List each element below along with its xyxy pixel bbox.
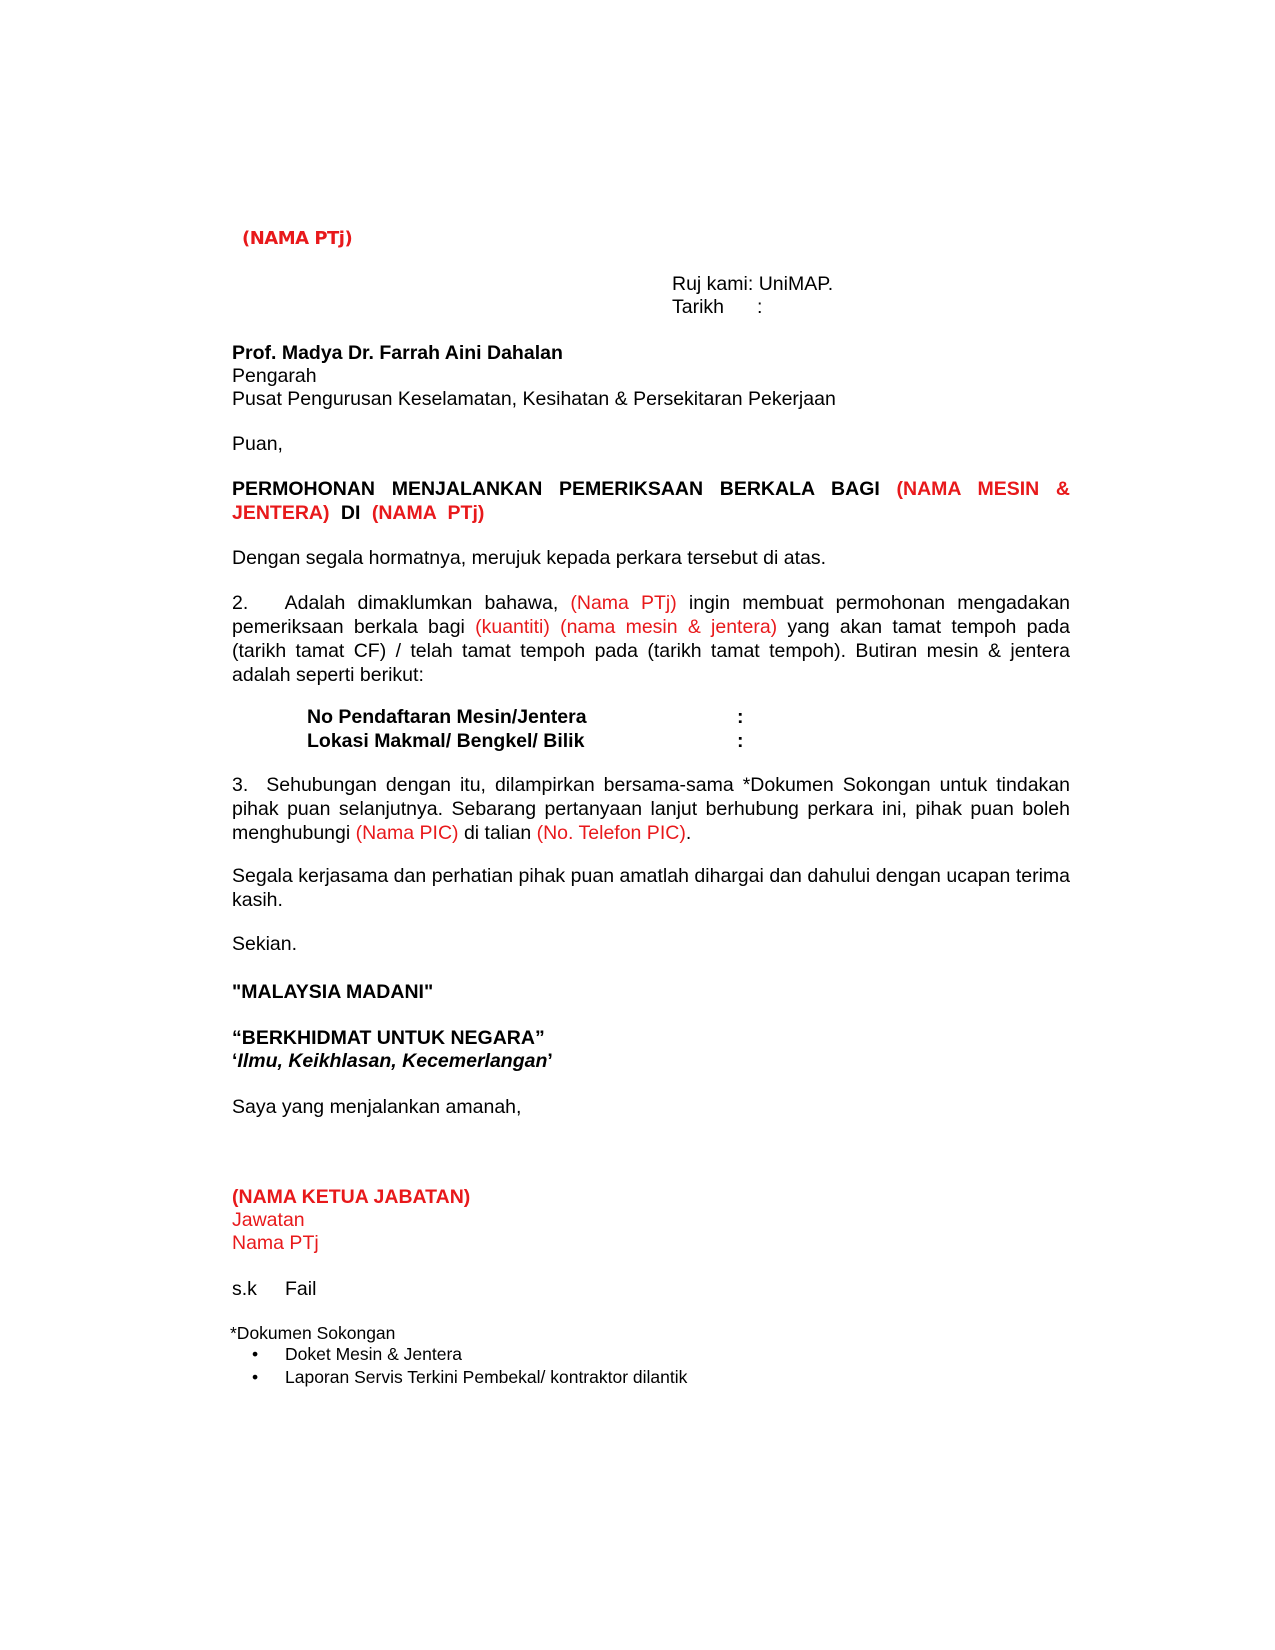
- sekian: Sekian.: [232, 932, 297, 956]
- signatory-position: Jawatan: [232, 1208, 305, 1232]
- attachment-item: Laporan Servis Terkini Pembekal/ kontrak…: [285, 1366, 687, 1389]
- motto-ilmu: ‘Ilmu, Keikhlasan, Kecemerlangan’: [232, 1049, 553, 1073]
- motto-berkhidmat: “BERKHIDMAT UNTUK NEGARA”: [232, 1026, 545, 1050]
- subject-connector: DI: [330, 502, 372, 524]
- reference-number: Ruj kami: UniMAP.: [672, 272, 833, 296]
- motto-ilmu-text: Ilmu, Keikhlasan, Kecemerlangan: [237, 1050, 547, 1072]
- para3-number: 3.: [232, 774, 248, 796]
- para2-number: 2.: [232, 592, 248, 614]
- tarikh-label: Tarikh: [672, 295, 757, 319]
- signatory-name: (NAMA KETUA JABATAN): [232, 1185, 470, 1209]
- quote-close: ’: [547, 1050, 552, 1072]
- para2-ptj-placeholder: (Nama PTj): [570, 592, 676, 614]
- attachment-item: Doket Mesin & Jentera: [285, 1343, 687, 1366]
- paragraph-3: 3. Sehubungan dengan itu, dilampirkan be…: [232, 773, 1070, 845]
- ruj-value: UniMAP.: [759, 273, 833, 295]
- machine-details: No Pendaftaran Mesin/Jentera : Lokasi Ma…: [232, 705, 744, 753]
- detail-row-registration: No Pendaftaran Mesin/Jentera :: [232, 705, 744, 729]
- recipient-org: Pusat Pengurusan Keselamatan, Kesihatan …: [232, 387, 836, 411]
- closing-paragraph: Segala kerjasama dan perhatian pihak pua…: [232, 864, 1070, 912]
- subject-ptj-placeholder: (NAMA PTj): [372, 502, 485, 524]
- signatory-ptj: Nama PTj: [232, 1231, 319, 1255]
- cc-value: Fail: [285, 1278, 316, 1300]
- detail-label: Lokasi Makmal/ Bengkel/ Bilik: [232, 729, 737, 753]
- motto-malaysia-madani: "MALAYSIA MADANI": [232, 980, 433, 1004]
- ptj-letterhead: (NAMA PTj): [242, 228, 352, 249]
- attachments-list: Doket Mesin & Jentera Laporan Servis Ter…: [230, 1343, 687, 1388]
- detail-separator: :: [737, 729, 744, 753]
- recipient-title: Pengarah: [232, 364, 317, 388]
- cc-line: s.kFail: [232, 1277, 316, 1301]
- para3-phone-placeholder: (No. Telefon PIC): [537, 822, 686, 844]
- attachments-title: *Dokumen Sokongan: [230, 1322, 395, 1344]
- para2-text-1: Adalah dimaklumkan bahawa,: [285, 592, 571, 614]
- subject-line: PERMOHONAN MENJALANKAN PEMERIKSAAN BERKA…: [232, 477, 1070, 525]
- salutation: Puan,: [232, 432, 283, 456]
- recipient-name: Prof. Madya Dr. Farrah Aini Dahalan: [232, 341, 563, 365]
- detail-label: No Pendaftaran Mesin/Jentera: [232, 705, 737, 729]
- detail-row-location: Lokasi Makmal/ Bengkel/ Bilik :: [232, 729, 744, 753]
- subject-text: PERMOHONAN MENJALANKAN PEMERIKSAAN BERKA…: [232, 478, 897, 500]
- date-line: Tarikh:: [672, 295, 762, 319]
- tarikh-separator: :: [757, 296, 762, 318]
- para3-text-2: di talian: [459, 822, 537, 844]
- para2-quantity-placeholder: (kuantiti) (nama mesin & jentera): [475, 616, 777, 638]
- para3-pic-placeholder: (Nama PIC): [356, 822, 459, 844]
- ruj-label: Ruj kami:: [672, 273, 753, 295]
- opening-paragraph: Dengan segala hormatnya, merujuk kepada …: [232, 546, 826, 570]
- paragraph-2: 2. Adalah dimaklumkan bahawa, (Nama PTj)…: [232, 591, 1070, 687]
- amanah-line: Saya yang menjalankan amanah,: [232, 1095, 521, 1119]
- cc-label: s.k: [232, 1277, 285, 1301]
- para3-text-3: .: [686, 822, 691, 844]
- detail-separator: :: [737, 705, 744, 729]
